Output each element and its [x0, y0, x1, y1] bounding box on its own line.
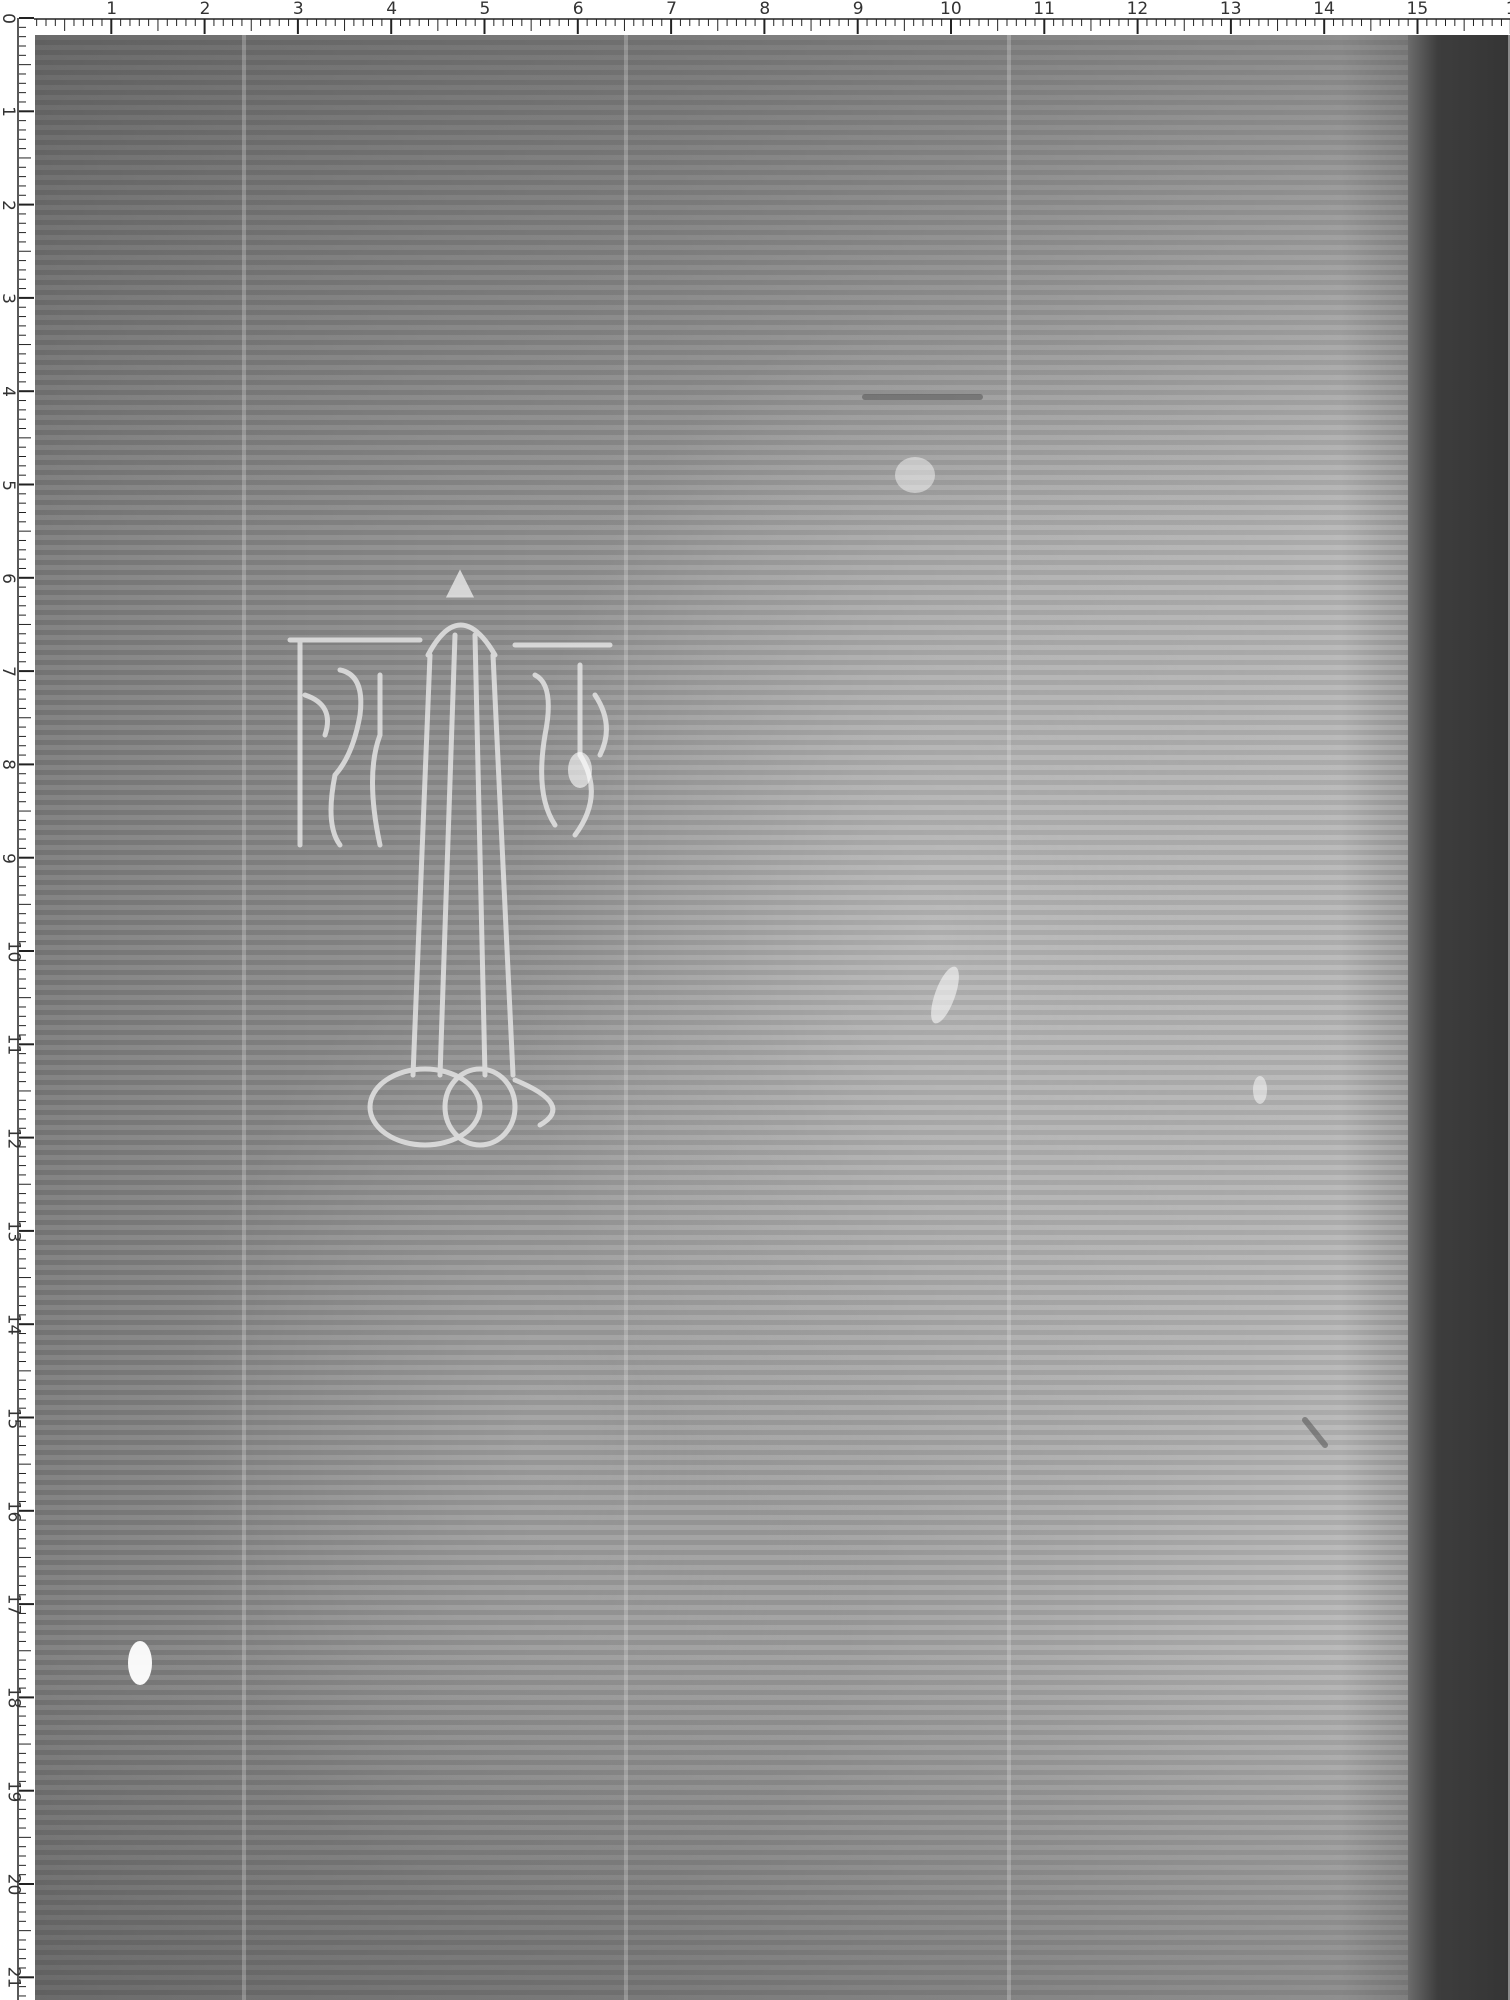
ink-marks: [865, 397, 1325, 1445]
ruler-top-label-5: 5: [480, 1, 491, 18]
ruler-top-label-8: 8: [759, 1, 770, 18]
ruler-top-label-9: 9: [853, 1, 864, 18]
ruler-left-label-20: 20: [4, 1874, 21, 1896]
ruler-top-label-12: 12: [1127, 1, 1149, 18]
ruler-left-label-12: 12: [4, 1127, 21, 1149]
ruler-left-label-11: 11: [4, 1034, 21, 1056]
ruler-top: 01234567891011121314151: [0, 0, 1510, 34]
ruler-left-label-7: 7: [0, 666, 16, 677]
ruler-left-label-9: 9: [0, 853, 16, 864]
ruler-top-label-1: 1: [106, 1, 117, 18]
ruler-top-label-10: 10: [940, 1, 962, 18]
ruler-left-label-3: 3: [0, 293, 16, 304]
ruler-left-label-17: 17: [4, 1594, 21, 1616]
ruler-left: 0123456789101112131415161718192021: [0, 0, 34, 2000]
ruler-top-label-16: 1: [1506, 1, 1510, 18]
ruler-left-label-16: 16: [4, 1500, 21, 1522]
dark-margin: [1408, 35, 1508, 2000]
ruler-left-label-1: 1: [0, 106, 16, 117]
ruler-top-label-14: 14: [1313, 1, 1335, 18]
watermark: [290, 575, 610, 1145]
ruler-top-label-6: 6: [573, 1, 584, 18]
ruler-left-label-18: 18: [4, 1687, 21, 1709]
ruler-top-label-2: 2: [200, 1, 211, 18]
ruler-left-label-6: 6: [0, 573, 16, 584]
ruler-top-label-11: 11: [1033, 1, 1055, 18]
ruler-left-label-4: 4: [0, 386, 16, 397]
ruler-left-label-10: 10: [4, 941, 21, 963]
ruler-left-label-15: 15: [4, 1407, 21, 1429]
ruler-top-label-4: 4: [386, 1, 397, 18]
ruler-left-label-8: 8: [0, 759, 16, 770]
ruler-top-label-7: 7: [666, 1, 677, 18]
radiograph-image: [35, 35, 1510, 2000]
ruler-left-label-13: 13: [4, 1221, 21, 1243]
watermark-layer: [35, 35, 1510, 2000]
ruler-left-label-14: 14: [4, 1314, 21, 1336]
ruler-top-label-15: 15: [1407, 1, 1429, 18]
ruler-top-label-13: 13: [1220, 1, 1242, 18]
ruler-left-label-19: 19: [4, 1780, 21, 1802]
ruler-left-label-2: 2: [0, 200, 16, 211]
ruler-left-label-21: 21: [4, 1967, 21, 1989]
ruler-left-label-0: 0: [0, 13, 16, 24]
ruler-top-label-3: 3: [293, 1, 304, 18]
ruler-left-label-5: 5: [0, 480, 16, 491]
